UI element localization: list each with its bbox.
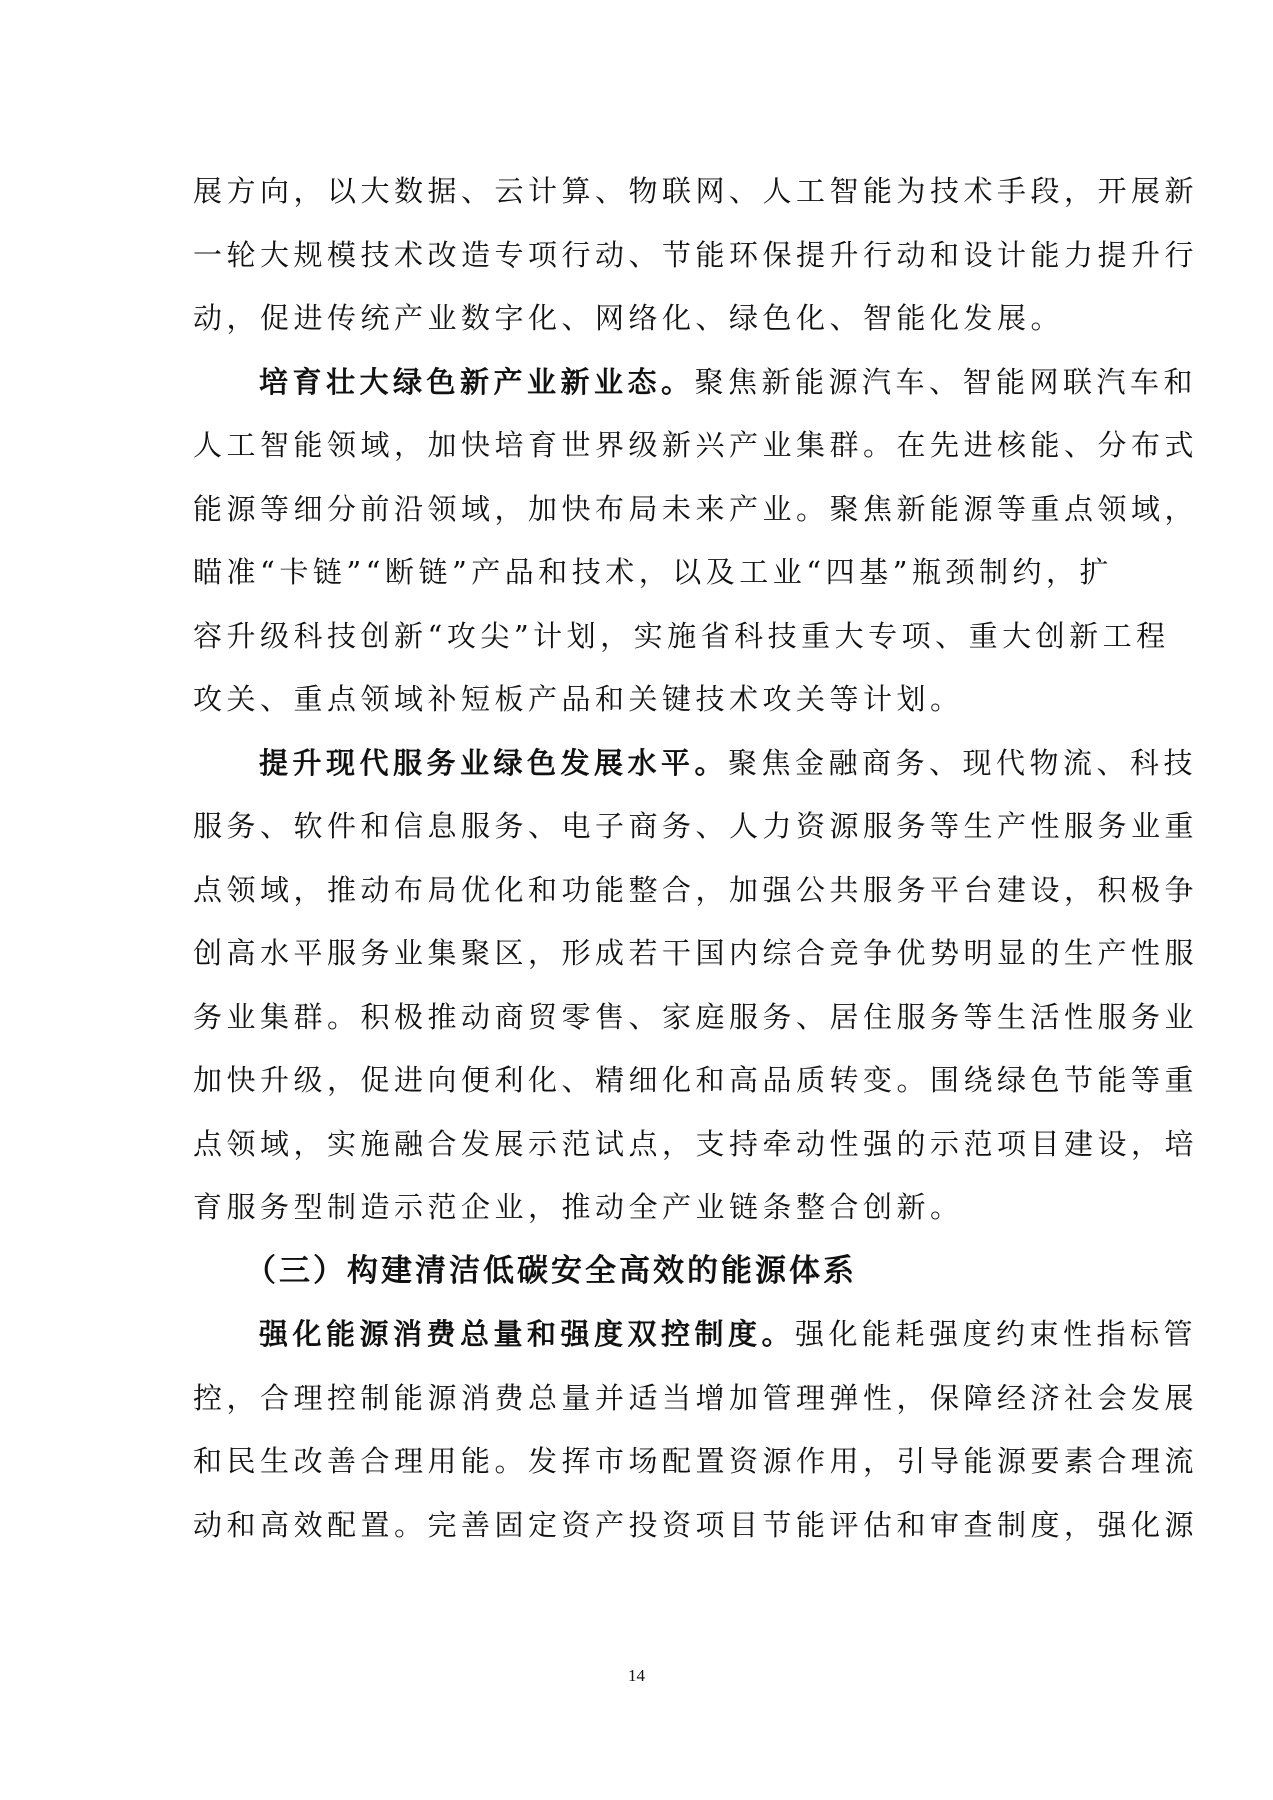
text-line: 创高水平服务业集聚区，形成若干国内综合竞争优势明显的生产性服 bbox=[193, 922, 1081, 986]
paragraph-lead-bold: 培育壮大绿色新产业新业态。 bbox=[259, 365, 695, 399]
section-heading: （三）构建清洁低碳安全高效的能源体系 bbox=[193, 1240, 1081, 1304]
text-line: 务业集群。积极推动商贸零售、家庭服务、居住服务等生活性服务业 bbox=[193, 986, 1081, 1050]
text-line: 点领域，实施融合发展示范试点，支持牵动性强的示范项目建设，培 bbox=[193, 1113, 1081, 1177]
text-line: 动和高效配置。完善固定资产投资项目节能评估和审查制度，强化源 bbox=[193, 1494, 1081, 1558]
text-line: 瞄准“卡链”“断链”产品和技术，以及工业“四基”瓶颈制约，扩 bbox=[193, 541, 1081, 605]
text-line: 容升级科技创新“攻尖”计划，实施省科技重大专项、重大创新工程 bbox=[193, 605, 1081, 669]
text-line: 育服务型制造示范企业，推动全产业链条整合创新。 bbox=[193, 1176, 1081, 1240]
text-line: 加快升级，促进向便利化、精细化和高品质转变。围绕绿色节能等重 bbox=[193, 1049, 1081, 1113]
text-line: 控，合理控制能源消费总量并适当增加管理弹性，保障经济社会发展 bbox=[193, 1367, 1081, 1431]
paragraph-first-line: 强化能源消费总量和强度双控制度。强化能耗强度约束性指标管 bbox=[193, 1303, 1081, 1367]
paragraph-text: 聚焦新能源汽车、智能网联汽车和 bbox=[695, 365, 1198, 399]
paragraph-text: 聚焦金融商务、现代物流、科技 bbox=[728, 746, 1197, 780]
paragraph-first-line: 培育壮大绿色新产业新业态。聚焦新能源汽车、智能网联汽车和 bbox=[193, 351, 1081, 415]
text-line: 服务、软件和信息服务、电子商务、人力资源服务等生产性服务业重 bbox=[193, 795, 1081, 859]
text-line: 点领域，推动布局优化和功能整合，加强公共服务平台建设，积极争 bbox=[193, 859, 1081, 923]
text-line: 人工智能领域，加快培育世界级新兴产业集群。在先进核能、分布式 bbox=[193, 414, 1081, 478]
paragraph-text: 强化能耗强度约束性指标管 bbox=[795, 1317, 1197, 1351]
page-number: 14 bbox=[0, 1666, 1273, 1686]
text-line: 动，促进传统产业数字化、网络化、绿色化、智能化发展。 bbox=[193, 287, 1081, 351]
paragraph-lead-bold: 提升现代服务业绿色发展水平。 bbox=[259, 746, 728, 780]
text-line: 一轮大规模技术改造专项行动、节能环保提升行动和设计能力提升行 bbox=[193, 224, 1081, 288]
text-line: 和民生改善合理用能。发挥市场配置资源作用，引导能源要素合理流 bbox=[193, 1430, 1081, 1494]
text-line: 攻关、重点领域补短板产品和关键技术攻关等计划。 bbox=[193, 668, 1081, 732]
document-body: 展方向，以大数据、云计算、物联网、人工智能为技术手段，开展新 一轮大规模技术改造… bbox=[193, 160, 1081, 1557]
text-line: 展方向，以大数据、云计算、物联网、人工智能为技术手段，开展新 bbox=[193, 160, 1081, 224]
paragraph-lead-bold: 强化能源消费总量和强度双控制度。 bbox=[259, 1317, 795, 1351]
paragraph-first-line: 提升现代服务业绿色发展水平。聚焦金融商务、现代物流、科技 bbox=[193, 732, 1081, 796]
text-line: 能源等细分前沿领域，加快布局未来产业。聚焦新能源等重点领域， bbox=[193, 478, 1081, 542]
